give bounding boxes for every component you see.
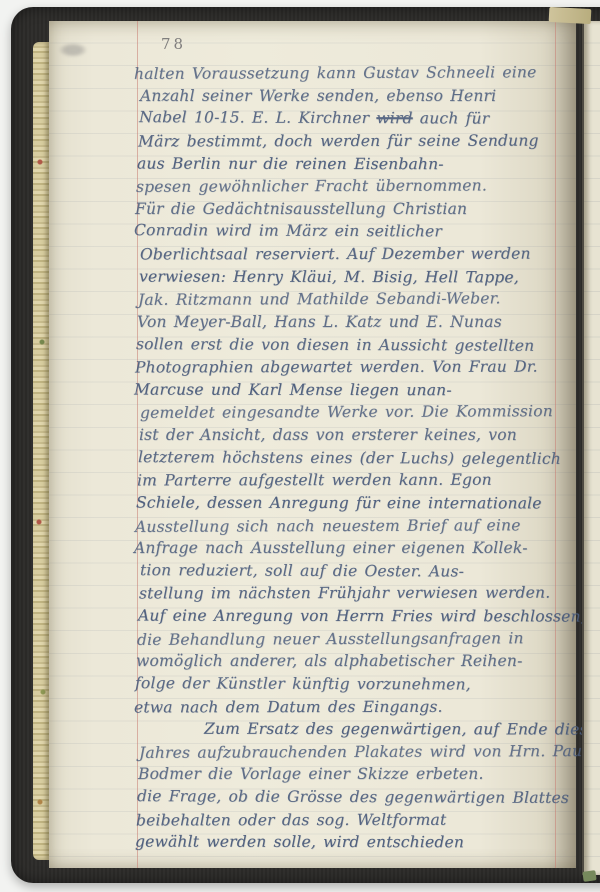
manuscript-line: Photographien abgewartet werden. Von Fra… bbox=[135, 356, 557, 380]
manuscript-line: aus Berlin nur die reinen Eisenbahn- bbox=[137, 152, 559, 176]
manuscript-line: Jahres aufzubrauchenden Plakates wird vo… bbox=[139, 740, 561, 764]
manuscript-line: Conradin wird im März ein seitlicher bbox=[134, 219, 556, 243]
manuscript-line: gemeldet eingesandte Werke vor. Die Komm… bbox=[140, 400, 562, 424]
manuscript-line: Marcuse und Karl Mense liegen unan- bbox=[134, 378, 556, 402]
manuscript-line: Anzahl seiner Werke senden, ebenso Henri bbox=[140, 85, 562, 108]
manuscript-line: die Behandlung neuer Ausstellungsanfrage… bbox=[137, 627, 559, 651]
manuscript-line: Anfrage nach Ausstellung einer eigenen K… bbox=[134, 537, 556, 560]
manuscript-line: ist der Ansicht, dass von ersterer keine… bbox=[139, 424, 561, 447]
manuscript-line: Oberlichtsaal reserviert. Auf Dezember w… bbox=[140, 243, 562, 267]
manuscript-line: Von Meyer-Ball, Hans L. Katz und E. Nuna… bbox=[137, 311, 559, 334]
manuscript-line: Schiele, dessen Anregung für eine intern… bbox=[136, 491, 558, 515]
manuscript-line: Zum Ersatz des gegenwärtigen, auf Ende d… bbox=[140, 718, 562, 742]
manuscript-line: verwiesen: Henry Kläui, M. Bisig, Hell T… bbox=[139, 265, 561, 289]
manuscript-line: tion reduziert, soll auf die Oester. Aus… bbox=[140, 559, 562, 583]
manuscript-line: Bodmer die Vorlage einer Skizze erbeten. bbox=[138, 763, 560, 786]
manuscript-line: die Frage, ob die Grösse des gegenwärtig… bbox=[137, 785, 559, 809]
manuscript-line: womöglich anderer, als alphabetischer Re… bbox=[136, 650, 558, 673]
page-edge-stack bbox=[33, 42, 49, 860]
manuscript-line: Jak. Ritzmann und Mathilde Sebandi-Weber… bbox=[138, 287, 560, 311]
page-number: 78 bbox=[161, 35, 186, 53]
manuscript-line: sollen erst die von diesen in Aussicht g… bbox=[136, 333, 558, 357]
corner-page-edge bbox=[549, 7, 592, 24]
manuscript-line: letzterem höchstens eines (der Luchs) ge… bbox=[138, 446, 560, 470]
manuscript-line: im Parterre aufgestellt werden kann. Ego… bbox=[137, 469, 559, 493]
manuscript-line: halten Voraussetzung kann Gustav Schneel… bbox=[134, 61, 556, 85]
manuscript-line: Für die Gedächtnisausstellung Christian bbox=[135, 198, 557, 221]
manuscript-text: halten Voraussetzung kann Gustav Schneel… bbox=[137, 62, 559, 854]
manuscript-line: spesen gewöhnlicher Fracht übernommen. bbox=[136, 174, 558, 198]
manuscript-line: Nabel 10-15. E. L. Kirchner wird auch fü… bbox=[139, 106, 561, 130]
manuscript-line: Ausstellung sich nach neuestem Brief auf… bbox=[135, 514, 557, 538]
manuscript-line: stellung im nächsten Frühjahr verwiesen … bbox=[139, 582, 561, 606]
manuscript-line: gewählt werden solle, wird entschieden bbox=[135, 831, 557, 855]
manuscript-line: Auf eine Anregung von Herrn Fries wird b… bbox=[138, 605, 560, 629]
ghost-stamp bbox=[59, 43, 87, 57]
manuscript-line: folge der Künstler künftig vorzunehmen, bbox=[135, 672, 557, 696]
manuscript-line: beibehalten oder das sog. Weltformat bbox=[136, 808, 558, 832]
manuscript-page: 78 halten Voraussetzung kann Gustav Schn… bbox=[49, 21, 576, 868]
facing-page-sliver bbox=[582, 21, 600, 875]
marbled-edge-speck bbox=[582, 870, 596, 882]
manuscript-line: März bestimmt, doch werden für seine Sen… bbox=[138, 129, 560, 153]
manuscript-line: etwa nach dem Datum des Eingangs. bbox=[134, 695, 556, 719]
